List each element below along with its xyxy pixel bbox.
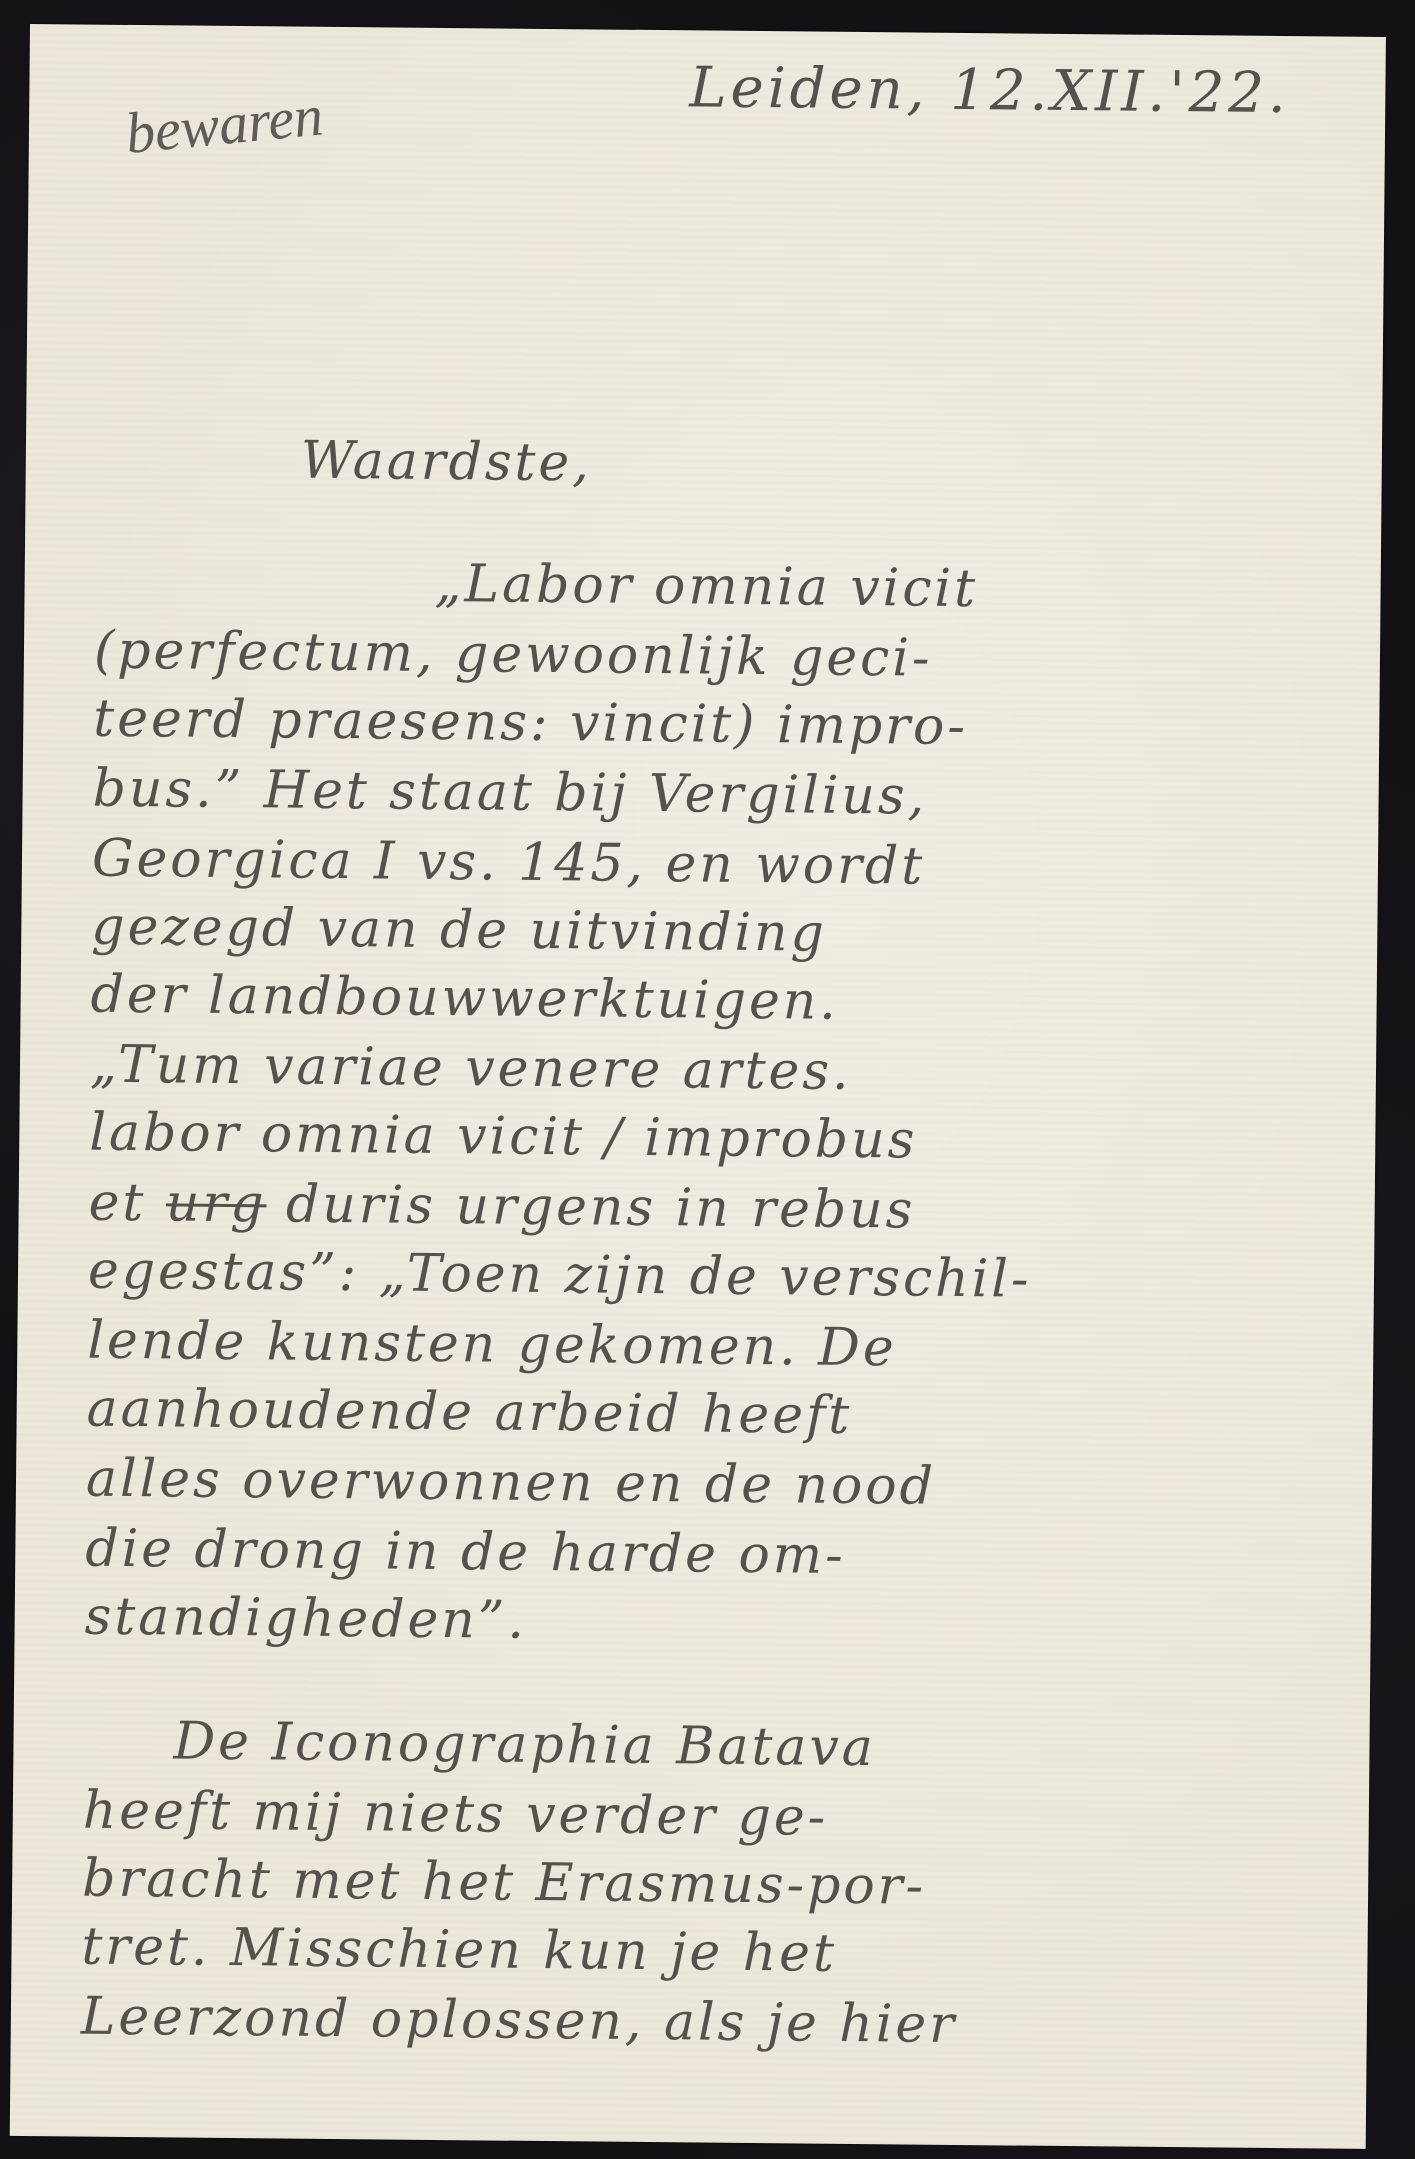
- struck-word: urg: [166, 1173, 267, 1234]
- body-line: „Labor omnia vicit: [434, 558, 978, 615]
- body-line: bracht met het Erasmus-por-: [82, 1853, 926, 1913]
- body-line: die drong in de harde om-: [85, 1523, 846, 1582]
- archival-annotation: bewaren: [123, 86, 325, 163]
- body-line: bus.” Het staat bij Vergilius,: [92, 763, 927, 823]
- body-line: der landbouwwerktuigen.: [90, 969, 839, 1028]
- body-line: De Iconographia Batava: [173, 1715, 876, 1774]
- body-line: heeft mij niets verder ge-: [83, 1785, 829, 1844]
- body-line: teerd praesens: vincit) impro-: [93, 693, 968, 753]
- place-date: Leiden, 12.XII.'22.: [689, 60, 1290, 122]
- body-line: (perfectum, gewoonlijk geci-: [94, 625, 933, 685]
- scan-background: bewaren Leiden, 12.XII.'22. Waardste, „L…: [0, 0, 1415, 2159]
- body-word: duris urgens in rebus: [286, 1175, 916, 1241]
- salutation: Waardste,: [301, 435, 592, 490]
- body-word: et: [88, 1173, 146, 1234]
- body-line: Georgica I vs. 145, en wordt: [92, 833, 926, 893]
- body-line: egestas”: „Toen zijn de verschil-: [88, 1245, 1032, 1306]
- body-line: standigheden”.: [84, 1591, 527, 1647]
- body-line: labor omnia vicit / improbus: [89, 1107, 917, 1167]
- body-line-composite: et urg duris urgens in rebus: [88, 1177, 915, 1237]
- body-line: lende kunsten gekomen. De: [87, 1315, 897, 1375]
- body-line: gezegd van de uitvinding: [91, 901, 827, 960]
- body-line: alles overwonnen en de nood: [86, 1453, 936, 1513]
- letter-page: bewaren Leiden, 12.XII.'22. Waardste, „L…: [10, 24, 1386, 2149]
- body-line: Leerzond oplossen, als je hier: [81, 1991, 958, 2051]
- body-line: „Tum variae venere artes.: [90, 1039, 852, 1098]
- body-line: aanhoudende arbeid heeft: [86, 1383, 852, 1442]
- body-line: tret. Misschien kun je het: [81, 1921, 837, 1980]
